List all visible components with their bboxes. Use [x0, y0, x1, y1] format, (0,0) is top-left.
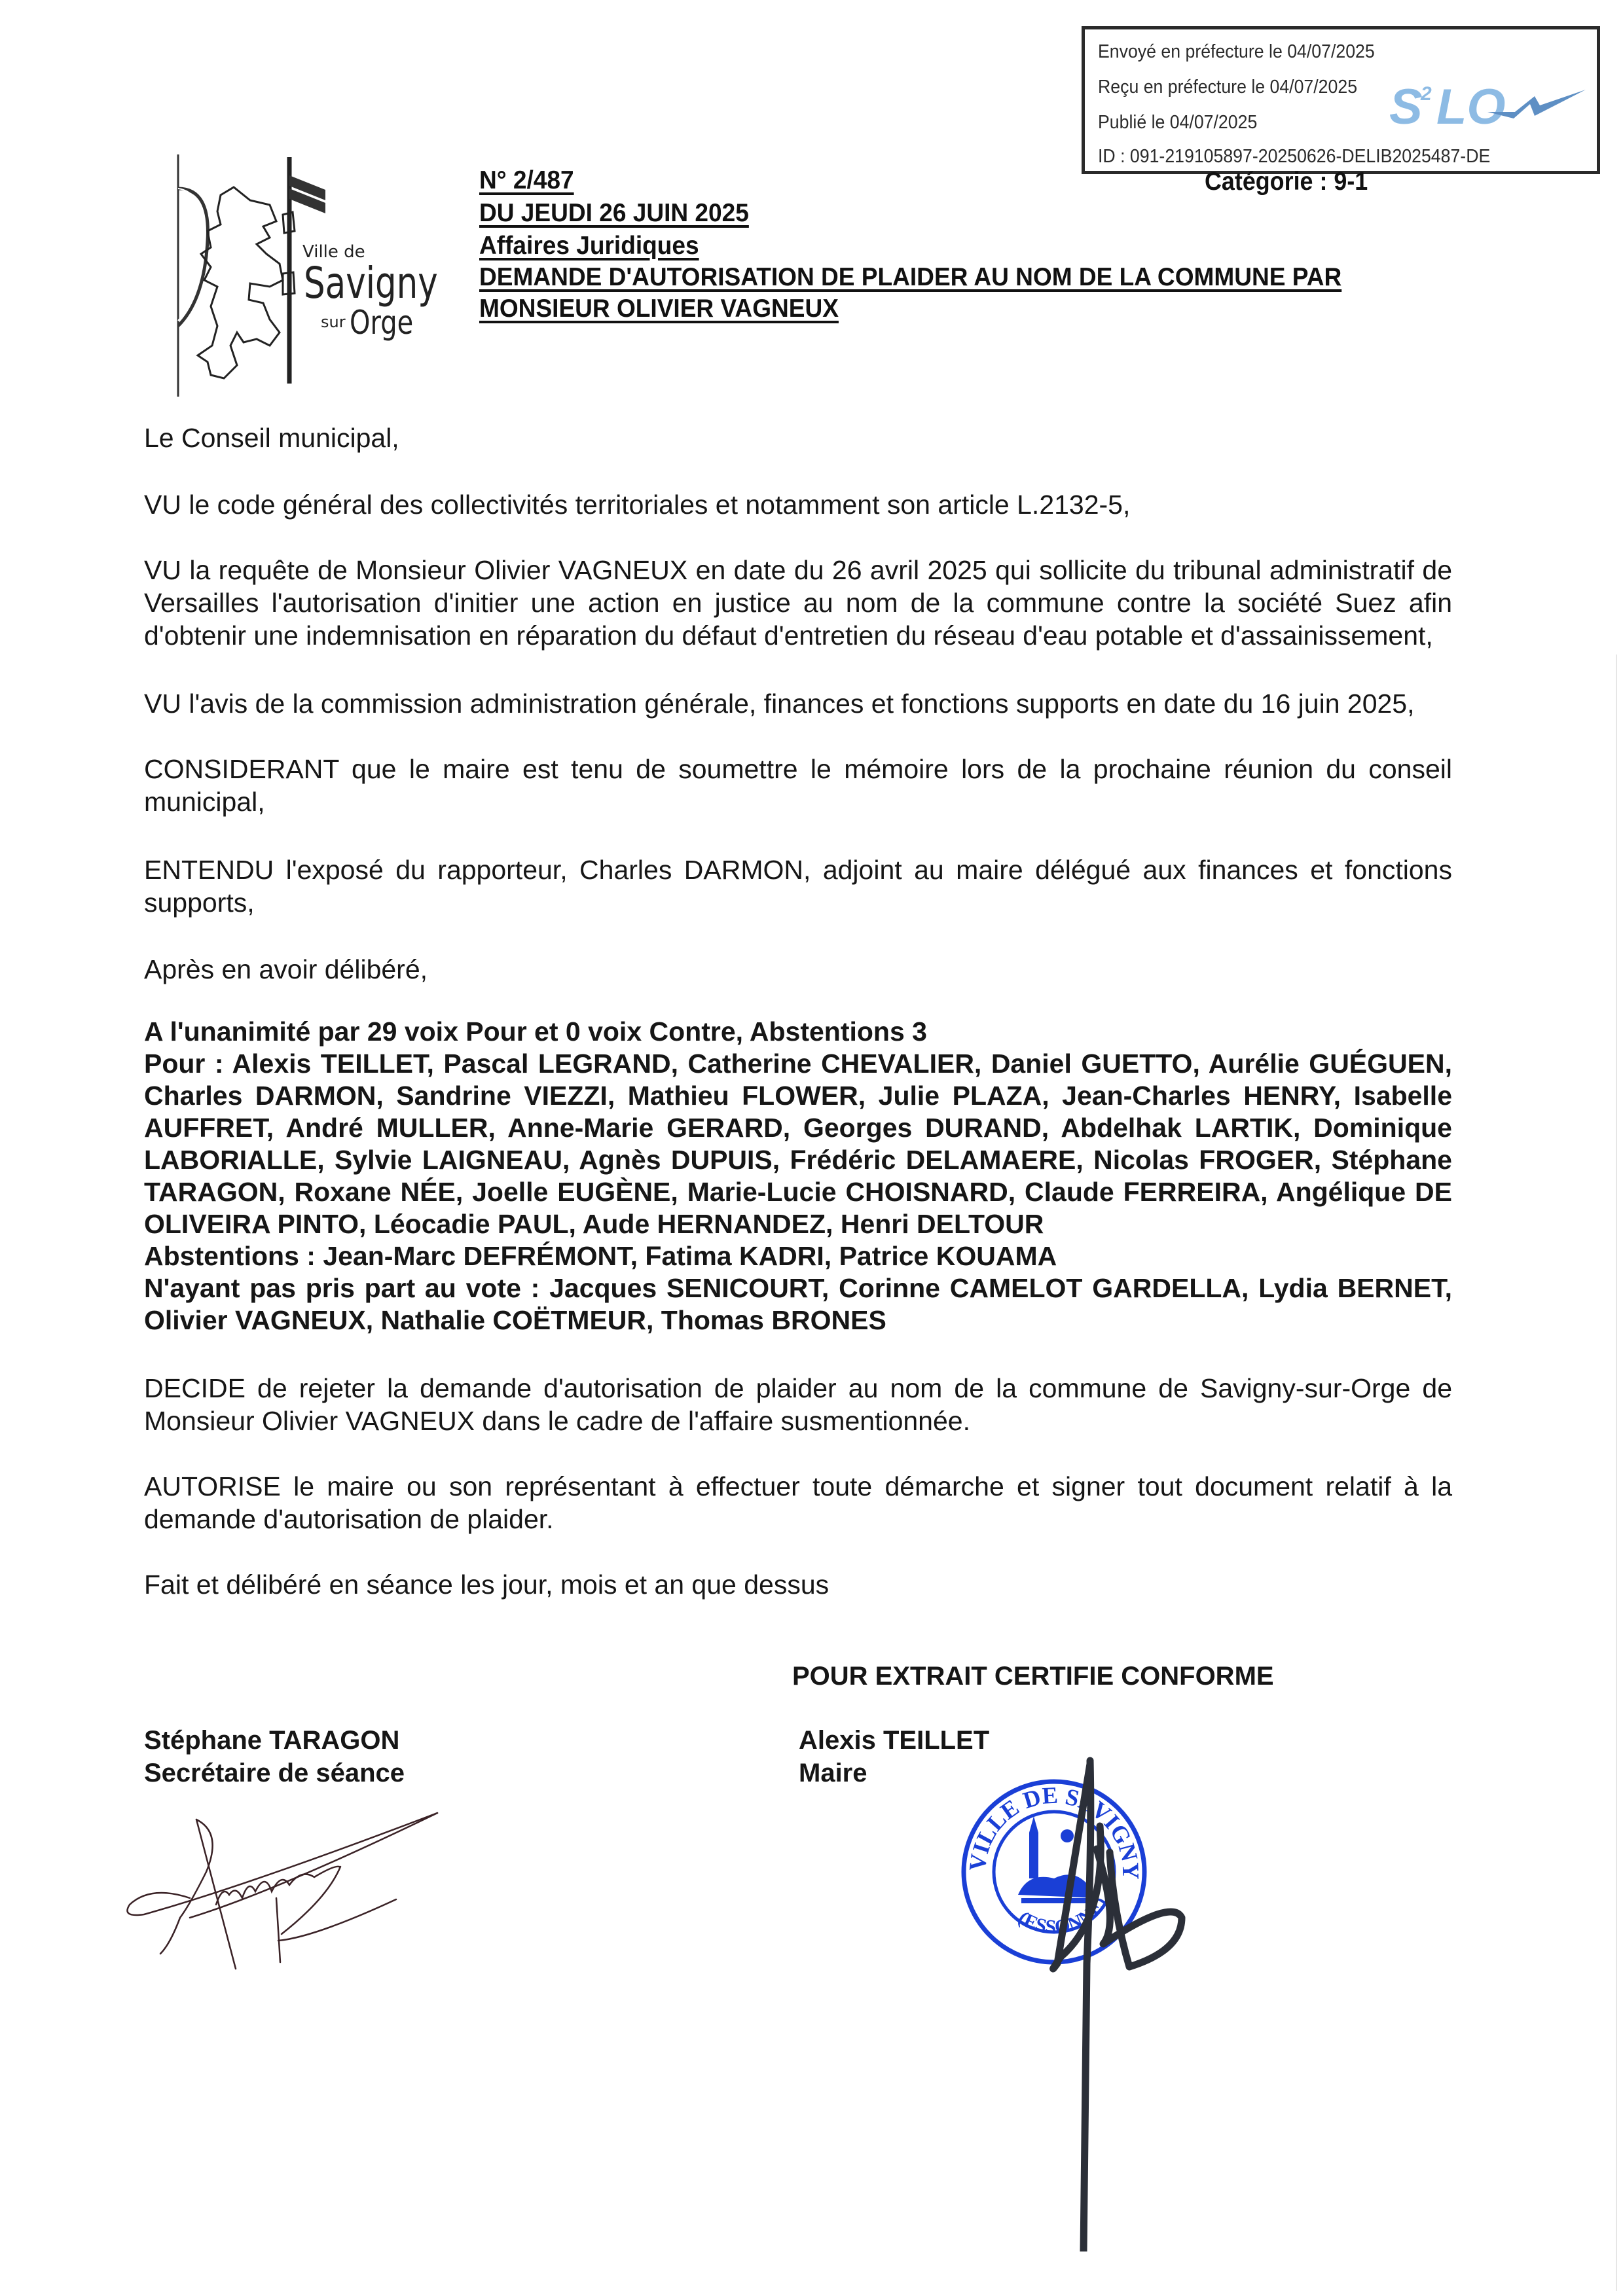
secretary-signature-icon [118, 1793, 458, 1990]
s2low-logo-icon: S 2 LO [1389, 78, 1599, 130]
considerant-paragraph: CONSIDERANT que le maire est tenu de sou… [144, 753, 1452, 818]
intro-text: Le Conseil municipal, [144, 422, 1452, 454]
mayor-title: Maire [799, 1757, 867, 1789]
vote-section: A l'unanimité par 29 voix Pour et 0 voix… [144, 1016, 1452, 1336]
mayor-name: Alexis TEILLET [799, 1724, 989, 1757]
secretary-title: Secrétaire de séance [144, 1757, 405, 1789]
vote-summary: A l'unanimité par 29 voix Pour et 0 voix… [144, 1016, 1452, 1048]
vu-code-paragraph: VU le code général des collectivités ter… [144, 488, 1452, 521]
category-label: Catégorie : 9-1 [1205, 168, 1368, 196]
city-logo: Ville de Savigny sur Orge [172, 149, 447, 398]
deliberation-number: N° 2/487 [479, 166, 574, 195]
vote-non-participants-list: N'ayant pas pris part au vote : Jacques … [144, 1272, 1452, 1336]
fait-text: Fait et délibéré en séance les jour, moi… [144, 1568, 1452, 1601]
vote-pour-list: Pour : Alexis TEILLET, Pascal LEGRAND, C… [144, 1048, 1452, 1240]
mayor-signature-icon [1021, 1748, 1192, 2251]
svg-text:LO: LO [1436, 79, 1506, 130]
prefecture-stamp: Envoyé en préfecture le 04/07/2025 Reçu … [1082, 26, 1600, 174]
apres-deliberation-text: Après en avoir délibéré, [144, 953, 1452, 986]
service-name: Affaires Juridiques [479, 232, 699, 260]
scan-edge-line [1616, 655, 1617, 2291]
logo-orge: Orge [350, 304, 413, 342]
svg-text:S: S [1389, 79, 1423, 130]
certification-label: POUR EXTRAIT CERTIFIE CONFORME [792, 1660, 1274, 1693]
autorise-paragraph: AUTORISE le maire ou son représentant à … [144, 1470, 1452, 1535]
stamp-act-id: ID : 091-219105897-20250626-DELIB2025487… [1098, 146, 1490, 168]
session-date: DU JEUDI 26 JUIN 2025 [479, 199, 749, 228]
vote-abstentions-list: Abstentions : Jean-Marc DEFRÉMONT, Fatim… [144, 1240, 1452, 1272]
stamp-published-date: Publié le 04/07/2025 [1098, 112, 1257, 134]
svg-text:2: 2 [1420, 83, 1432, 105]
vu-requete-paragraph: VU la requête de Monsieur Olivier VAGNEU… [144, 554, 1452, 652]
subject-line-2: MONSIEUR OLIVIER VAGNEUX [479, 295, 839, 323]
decide-paragraph: DECIDE de rejeter la demande d'autorisat… [144, 1372, 1452, 1437]
logo-sur: sur [321, 313, 346, 331]
stamp-received-date: Reçu en préfecture le 04/07/2025 [1098, 77, 1357, 98]
stamp-sent-date: Envoyé en préfecture le 04/07/2025 [1098, 41, 1375, 63]
vu-avis-paragraph: VU l'avis de la commission administratio… [144, 687, 1452, 720]
secretary-name: Stéphane TARAGON [144, 1724, 399, 1757]
subject-line-1: DEMANDE D'AUTORISATION DE PLAIDER AU NOM… [479, 263, 1341, 292]
logo-savigny: Savigny [304, 260, 438, 306]
entendu-paragraph: ENTENDU l'exposé du rapporteur, Charles … [144, 853, 1452, 919]
